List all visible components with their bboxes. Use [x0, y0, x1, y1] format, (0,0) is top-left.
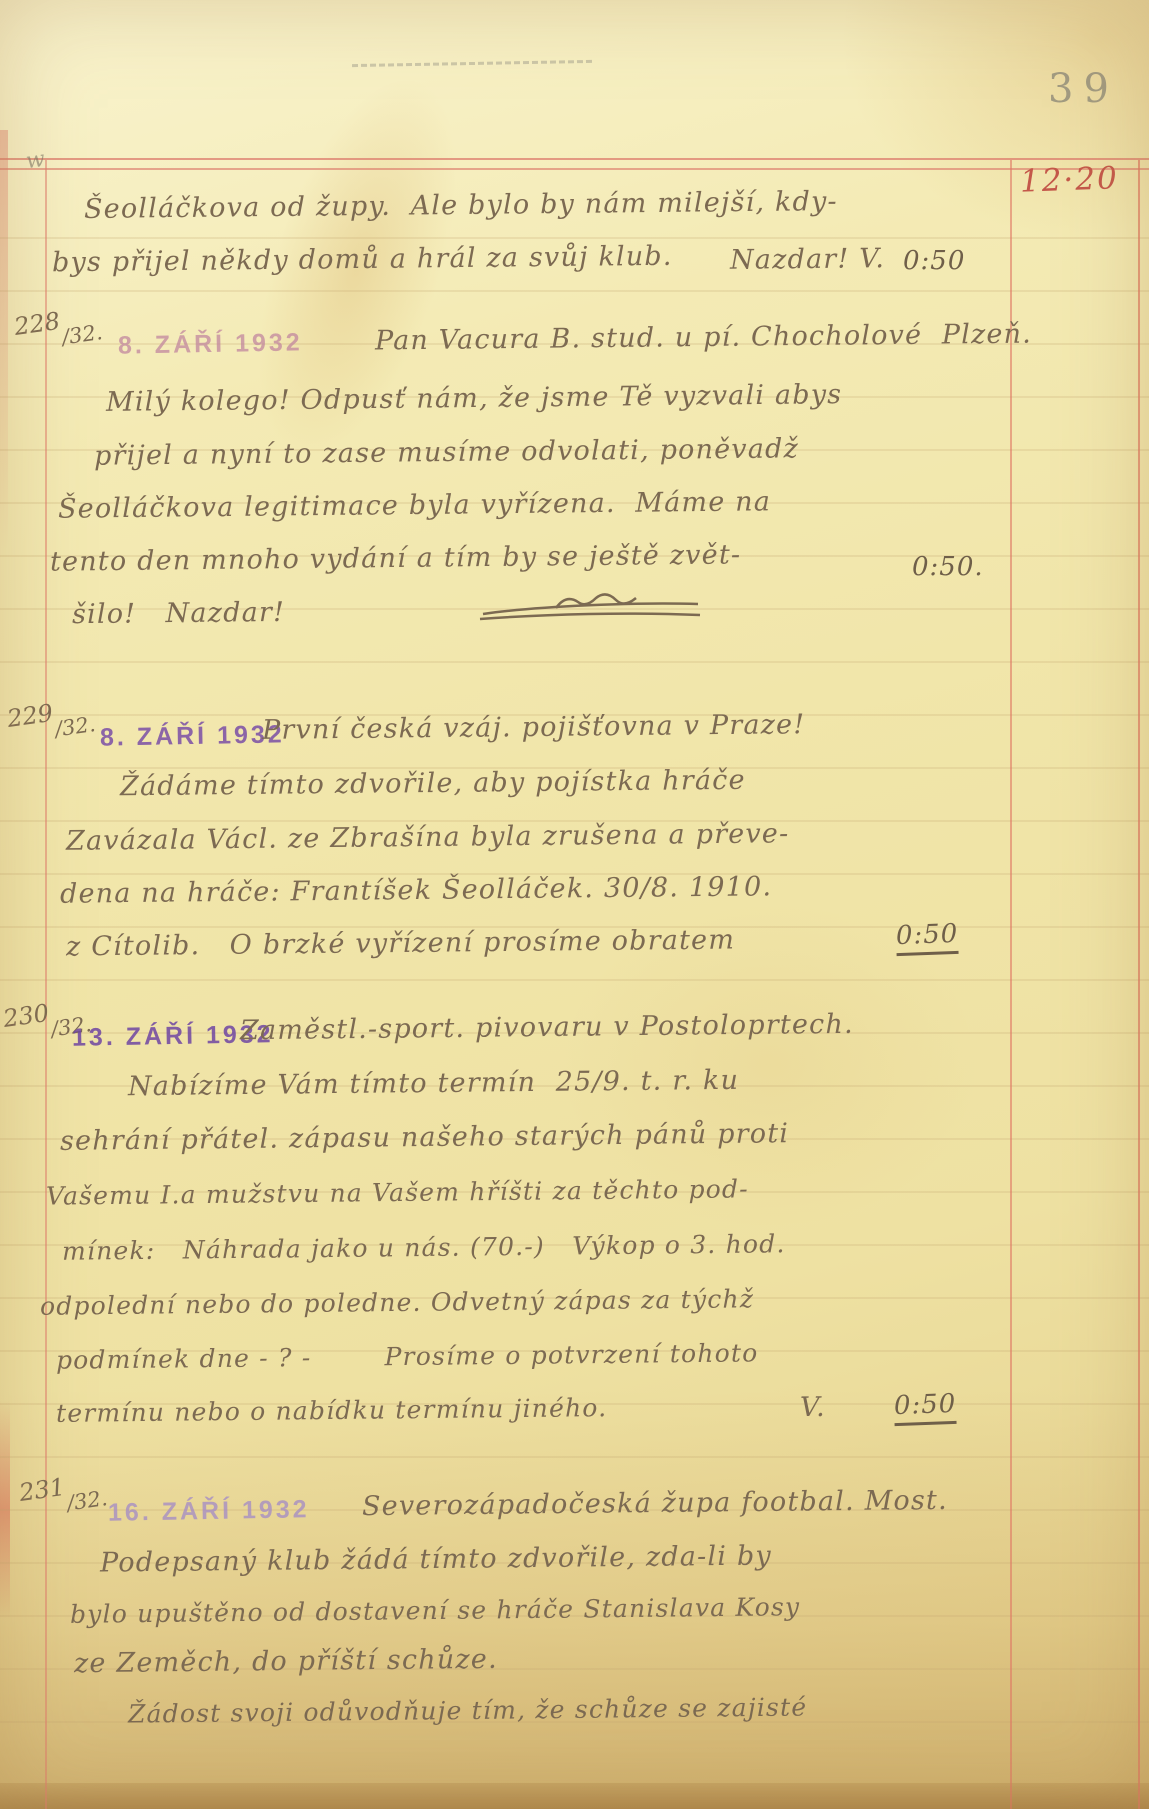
scan-vignette — [0, 0, 1149, 1809]
ledger-page: w 39 12·20 Šeolláčkova od župy. Ale bylo… — [0, 0, 1149, 1809]
